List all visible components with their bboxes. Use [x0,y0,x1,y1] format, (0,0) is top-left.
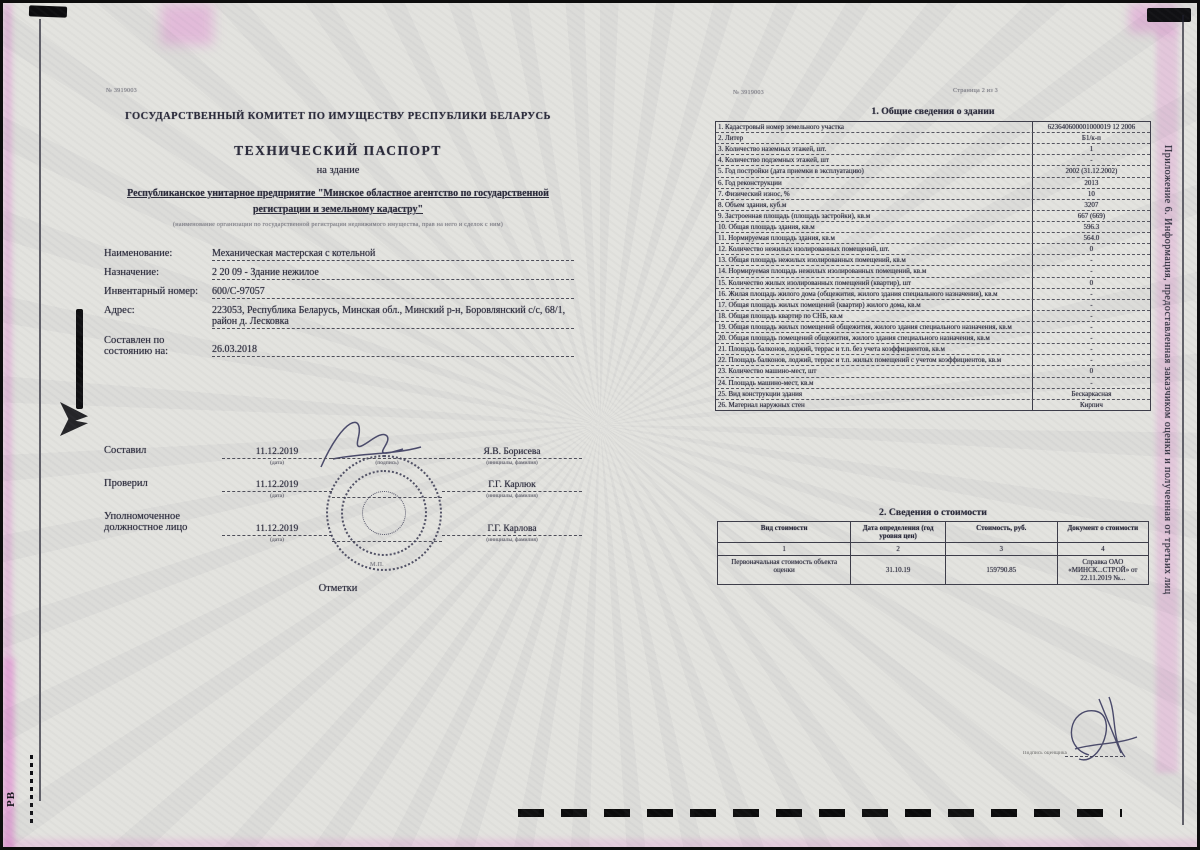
row-label: 6. Год реконструкции [716,178,1033,188]
row-label: 14. Нормируемая площадь нежилых изолиров… [716,266,1033,276]
table2-title: 2. Сведения о стоимости [715,507,1151,518]
signature-name: Я.В. Борисева [442,447,582,459]
row-value: 0 [1033,244,1150,254]
col-header: Дата определения (год уровня цен) [851,522,946,543]
row-label: 22. Площадь балконов, лоджий, террас и т… [716,355,1033,365]
row-value: - [1033,300,1150,310]
table-row: 26. Материал наружных стен Кирпич [716,400,1150,410]
signature-date: 11.12.2019 [222,524,332,536]
page-number: Страница 2 из 3 [953,87,998,94]
row-value: - [1033,378,1150,388]
row-value: 2002 (31.12.2002) [1033,166,1150,176]
page-fold-line [39,19,41,801]
row-label: 4. Количество подземных этажей, шт [716,155,1033,165]
table-row: 1. Кадастровый номер земельного участка … [716,122,1150,133]
table-row: 8. Объем здания, куб.м 3207 [716,200,1150,211]
row-value: 0 [1033,366,1150,376]
signature-date: 11.12.2019 [222,480,332,492]
col-header: Документ о стоимости [1058,522,1148,543]
row-label: 12. Количество нежилых изолированных пом… [716,244,1033,254]
row-value: 2013 [1033,178,1150,188]
field-label: Составлен по состоянию на: [104,335,212,357]
row-value: - [1033,344,1150,354]
table-row: 19. Общая площадь жилых помещений общежи… [716,322,1150,333]
field-label: Адрес: [104,305,212,329]
table1-title: 1. Общие сведения о здании [715,106,1151,117]
marks-heading: Отметки [98,583,578,594]
signature-date: 11.12.2019 [222,447,332,459]
table-row: 23. Количество машино-мест, шт 0 [716,366,1150,377]
table-row: 6. Год реконструкции 2013 [716,178,1150,189]
row-value: - [1033,266,1150,276]
field-label: Инвентарный номер: [104,286,212,299]
table-row: 2. Литер Б1/к-п [716,133,1150,144]
building-info-table: 1. Кадастровый номер земельного участка … [715,121,1151,411]
table-row: 18. Общая площадь квартир по СНБ, кв.м - [716,311,1150,322]
col-number: 2 [851,543,946,556]
row-label: 19. Общая площадь жилых помещений общежи… [716,322,1033,332]
row-label: 25. Вид конструкции здания [716,389,1033,399]
date-note: (дата) [270,537,284,543]
field-value: 26.03.2018 [212,344,574,357]
col-number: 4 [1058,543,1148,556]
row-value: - [1033,255,1150,265]
form-number: № 3919003 [106,87,137,94]
appraiser-signature-scribble [1055,691,1147,771]
name-note: (инициалы, фамилия) [486,537,538,543]
signature-row: Составил 11.12.2019 (дата) (подпись) Я.В… [104,445,582,466]
row-value: 0 [1033,278,1150,288]
form-number: № 3919003 [733,89,764,96]
signature-date-cell: 11.12.2019 (дата) [222,447,332,466]
table-row: 22. Площадь балконов, лоджий, террас и т… [716,355,1150,366]
field-row: Составлен по состоянию на: 26.03.2018 [104,335,574,357]
row-label: 9. Застроенная площадь (площадь застройк… [716,211,1033,221]
binding-mark [76,309,83,409]
scan-artifact [3,839,1200,850]
col-number: 3 [946,543,1058,556]
table-row: 16. Жилая площадь жилого дома (общежития… [716,289,1150,300]
field-value: 223053, Республика Беларусь, Минская обл… [212,305,574,329]
row-label: 18. Общая площадь квартир по СНБ, кв.м [716,311,1033,321]
row-value: 564.0 [1033,233,1150,243]
name-note: (инициалы, фамилия) [486,493,538,499]
field-value: Механическая мастерская с котельной [212,248,574,261]
table-row: 5. Год постройки (дата приемки в эксплуа… [716,166,1150,177]
field-row: Назначение: 2 20 09 - Здание нежилое [104,267,574,280]
page-edge-line [1182,15,1184,825]
perforation-line [30,755,33,827]
col-header: Вид стоимости [718,522,851,543]
row-label: 21. Площадь балконов, лоджий, террас и т… [716,344,1033,354]
right-page: № 3919003 Страница 2 из 3 1. Общие сведе… [715,81,1151,641]
signature-name-cell: Г.Г. Карлова (инициалы, фамилия) [442,524,582,543]
row-value: - [1033,311,1150,321]
table-row: 9. Застроенная площадь (площадь застройк… [716,211,1150,222]
row-label: 10. Общая площадь здания, кв.м [716,222,1033,232]
round-stamp [326,455,442,571]
scan-artifact [1129,3,1177,33]
agency-name-line2: регистрации и земельному кадастру" [98,204,578,215]
appendix-vertical-note: Приложение 6. Информация, предоставленна… [1149,145,1173,813]
scan-artifact [1147,8,1191,22]
row-label: 26. Материал наружных стен [716,400,1033,410]
cost-document: Справка ОАО «МИНСК...СТРОЙ» от 22.11.201… [1058,556,1148,584]
row-label: 23. Количество машино-мест, шт [716,366,1033,376]
row-value: Кирпич [1033,400,1150,410]
row-value: - [1033,289,1150,299]
row-label: 5. Год постройки (дата приемки в эксплуа… [716,166,1033,176]
cut-line [518,809,1122,817]
table-row: 21. Площадь балконов, лоджий, террас и т… [716,344,1150,355]
scan-artifact [29,5,67,17]
date-note: (дата) [270,460,284,466]
table-row: 20. Общая площадь помещений общежития, ж… [716,333,1150,344]
row-label: 20. Общая площадь помещений общежития, ж… [716,333,1033,343]
signature-role: Проверил [104,478,222,499]
row-label: 11. Нормируемая площадь здания, кв.м [716,233,1033,243]
row-value: - [1033,155,1150,165]
col-header: Стоимость, руб. [946,522,1058,543]
row-value: - [1033,333,1150,343]
scan-artifact [3,3,12,850]
row-value: 596.3 [1033,222,1150,232]
table-row: 3. Количество наземных этажей, шт. 1 [716,144,1150,155]
field-label: Назначение: [104,267,212,280]
field-label: Наименование: [104,248,212,261]
row-label: 3. Количество наземных этажей, шт. [716,144,1033,154]
document-title: ТЕХНИЧЕСКИЙ ПАСПОРТ [98,143,578,159]
col-number: 1 [718,543,851,556]
field-row: Инвентарный номер: 600/С-97057 [104,286,574,299]
row-label: 17. Общая площадь жилых помещений (кварт… [716,300,1033,310]
table-row: 7. Физический износ, % 10 [716,189,1150,200]
signature-role: Уполномоченное должностное лицо [104,511,222,543]
cost-date: 31.10.19 [851,556,946,584]
row-value: Бескаркасная [1033,389,1150,399]
cost-kind: Первоначальная стоимость объекта оценки [718,556,851,584]
stamp-mp-label: М.П. [370,561,384,568]
row-value: Б1/к-п [1033,133,1150,143]
signature-name-cell: Я.В. Борисева (инициалы, фамилия) [442,447,582,466]
signature-name: Г.Г. Карлова [442,524,582,536]
row-label: 24. Площадь машино-мест, кв.м [716,378,1033,388]
scan-artifact [3,658,15,850]
scan-artifact [161,3,213,45]
table-row: 15. Количество жилых изолированных помещ… [716,278,1150,289]
document-subtitle: на здание [98,165,578,176]
row-label: 8. Объем здания, куб.м [716,200,1033,210]
row-value: - [1033,322,1150,332]
table-row: 17. Общая площадь жилых помещений (кварт… [716,300,1150,311]
table-row: 12. Количество нежилых изолированных пом… [716,244,1150,255]
row-value: 1 [1033,144,1150,154]
row-value: - [1033,355,1150,365]
signature-name: Г.Г. Карлюк [442,480,582,492]
table-row: 24. Площадь машино-мест, кв.м - [716,378,1150,389]
row-label: 2. Литер [716,133,1033,143]
field-value: 600/С-97057 [212,286,574,299]
scanned-document: РВ № 3919003 ГОСУДАРСТВЕННЫЙ КОМИТЕТ ПО … [0,0,1200,850]
row-value: 3207 [1033,200,1150,210]
table-row: 4. Количество подземных этажей, шт - [716,155,1150,166]
row-label: 15. Количество жилых изолированных помещ… [716,278,1033,288]
committee-heading: ГОСУДАРСТВЕННЫЙ КОМИТЕТ ПО ИМУЩЕСТВУ РЕС… [98,111,578,122]
field-value: 2 20 09 - Здание нежилое [212,267,574,280]
table-row: 14. Нормируемая площадь нежилых изолиров… [716,266,1150,277]
field-row: Наименование: Механическая мастерская с … [104,248,574,261]
passport-fields: Наименование: Механическая мастерская с … [104,248,574,363]
row-label: 16. Жилая площадь жилого дома (общежития… [716,289,1033,299]
corner-stamp-text: РВ [5,791,17,807]
signature-date-cell: 11.12.2019 (дата) [222,480,332,499]
table-row: 25. Вид конструкции здания Бескаркасная [716,389,1150,400]
row-label: 1. Кадастровый номер земельного участка [716,122,1033,132]
table-row: 10. Общая площадь здания, кв.м 596.3 [716,222,1150,233]
cost-value: 159790.85 [946,556,1058,584]
signature-role: Составил [104,445,222,466]
row-value: 10 [1033,189,1150,199]
table-row: 11. Нормируемая площадь здания, кв.м 564… [716,233,1150,244]
date-note: (дата) [270,493,284,499]
arrow-mark [60,402,88,436]
agency-note: (наименование организации по государстве… [98,221,578,228]
cost-info-table: Вид стоимости Дата определения (год уров… [717,521,1149,585]
left-page: № 3919003 ГОСУДАРСТВЕННЫЙ КОМИТЕТ ПО ИМУ… [98,83,668,643]
row-value: 623640600001000019 12 2006 [1033,122,1150,132]
row-value: 667 (669) [1033,211,1150,221]
field-row: Адрес: 223053, Республика Беларусь, Минс… [104,305,574,329]
row-label: 7. Физический износ, % [716,189,1033,199]
row-label: 13. Общая площадь нежилых изолированных … [716,255,1033,265]
name-note: (инициалы, фамилия) [486,460,538,466]
signature-name-cell: Г.Г. Карлюк (инициалы, фамилия) [442,480,582,499]
signature-date-cell: 11.12.2019 (дата) [222,524,332,543]
table-row: 13. Общая площадь нежилых изолированных … [716,255,1150,266]
agency-name-line1: Республиканское унитарное предприятие "М… [98,188,578,199]
